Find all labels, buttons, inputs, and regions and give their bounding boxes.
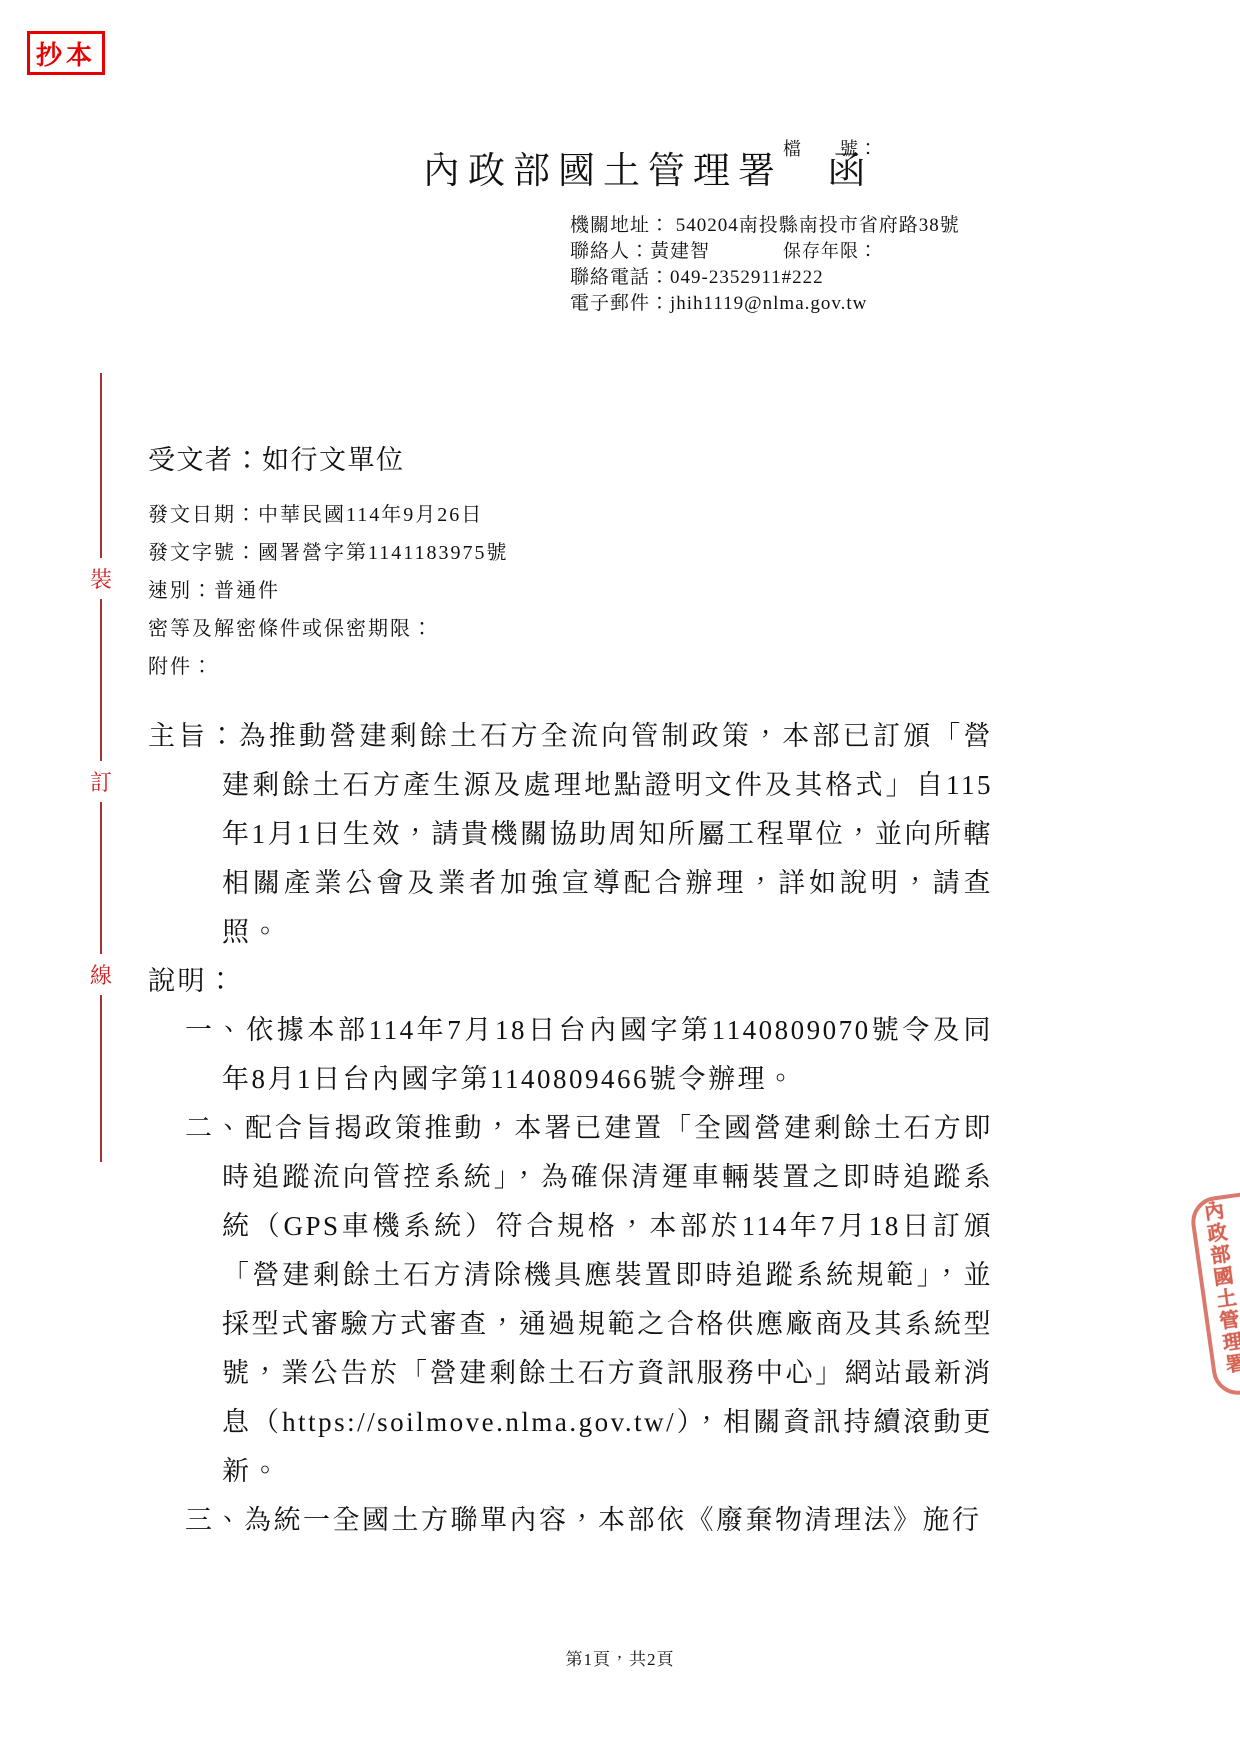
- agency-seal-text: 內政部國土管理署: [1196, 1199, 1240, 1393]
- meta-block: 發文日期：中華民國114年9月26日 發文字號：國署營字第1141183975號…: [148, 496, 509, 686]
- contact-phone-line: 聯絡電話：049-2352911#222: [570, 265, 960, 291]
- recipient-line: 受文者：如行文單位: [148, 438, 405, 477]
- agency-address-line: 機關地址： 540204南投縣南投市省府路38號: [570, 213, 960, 239]
- explanation-item-2: 二、配合旨揭政策推動，本署已建置「全國營建剩餘土石方即時追蹤流向管控系統」，為確…: [148, 1104, 993, 1496]
- attachment-line: 附件：: [148, 648, 509, 686]
- item-marker: 三、: [185, 1505, 244, 1535]
- contact-info-block: 機關地址： 540204南投縣南投市省府路38號 聯絡人：黃建智 聯絡電話：04…: [570, 213, 960, 317]
- item-marker: 一、: [185, 1015, 246, 1045]
- binding-char-xian: 線: [88, 954, 114, 995]
- letter-body: 主旨：為推動營建剩餘土石方全流向管制政策，本部已訂頒「營建剩餘土石方產生源及處理…: [148, 712, 993, 1545]
- binding-char-ding: 訂: [88, 761, 114, 802]
- contact-email-line: 電子郵件：jhih1119@nlma.gov.tw: [570, 291, 960, 317]
- issue-number-line: 發文字號：國署營字第1141183975號: [148, 534, 509, 572]
- item-text: 配合旨揭政策推動，本署已建置「全國營建剩餘土石方即時追蹤流向管控系統」，為確保清…: [222, 1113, 993, 1486]
- copy-stamp-badge: 抄本: [27, 31, 105, 75]
- item-text: 為統一全國土方聯單內容，本部依《廢棄物清理法》施行: [244, 1505, 982, 1535]
- issue-date-line: 發文日期：中華民國114年9月26日: [148, 496, 509, 534]
- page-number-footer: 第1頁，共2頁: [0, 1645, 1240, 1670]
- agency-seal-stamp: 內政部國土管理署: [1188, 1172, 1240, 1398]
- official-letter-page: 抄本 檔 號： 保存年限： 內政部國土管理署 函 機關地址： 540204南投縣…: [0, 0, 1240, 1754]
- explanation-item-3: 三、為統一全國土方聯單內容，本部依《廢棄物清理法》施行: [148, 1496, 993, 1545]
- item-text: 依據本部114年7月18日台內國字第1140809070號令及同年8月1日台內國…: [222, 1015, 993, 1094]
- subject-text: 為推動營建剩餘土石方全流向管制政策，本部已訂頒「營建剩餘土石方產生源及處理地點證…: [222, 721, 993, 947]
- explanation-heading: 說明：: [148, 957, 993, 1006]
- security-class-line: 密等及解密條件或保密期限：: [148, 610, 509, 648]
- item-marker: 二、: [185, 1113, 245, 1143]
- binding-char-zhuang: 裝: [88, 558, 114, 599]
- contact-person-line: 聯絡人：黃建智: [570, 239, 960, 265]
- explanation-item-1: 一、依據本部114年7月18日台內國字第1140809070號令及同年8月1日台…: [148, 1006, 993, 1104]
- document-title: 內政部國土管理署 函: [423, 140, 873, 194]
- subject-paragraph: 主旨：為推動營建剩餘土石方全流向管制政策，本部已訂頒「營建剩餘土石方產生源及處理…: [148, 712, 993, 957]
- subject-label: 主旨：: [148, 721, 239, 751]
- speed-class-line: 速別：普通件: [148, 572, 509, 610]
